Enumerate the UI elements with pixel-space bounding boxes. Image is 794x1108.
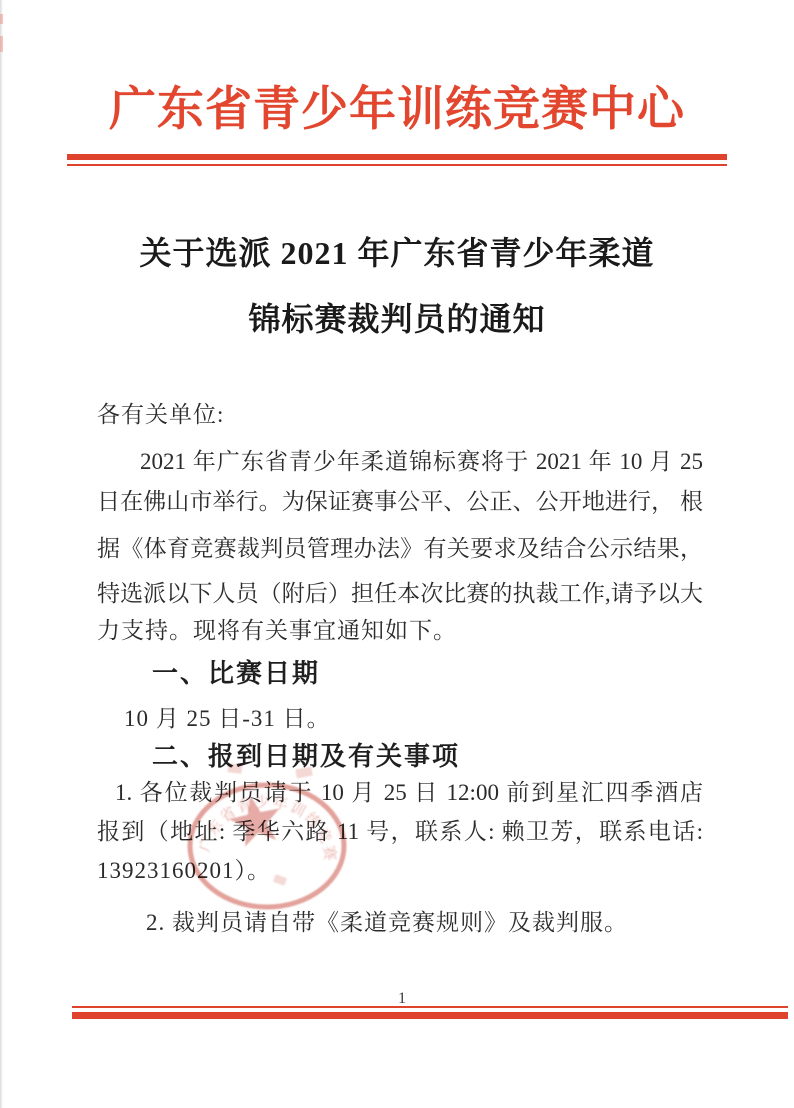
- page-number: 1: [394, 990, 410, 1008]
- body-line: 1. 各位裁判员请于 10 月 25 日 12:00 前到星汇四季酒店: [115, 778, 703, 808]
- scan-edge-artifact: [0, 0, 3, 1108]
- letterhead-rule: [67, 154, 727, 166]
- body-line: 特选派以下人员（附后）担任本次比赛的执裁工作,请予以大: [97, 579, 703, 609]
- section-heading-1: 一、比赛日期: [152, 658, 758, 688]
- scan-edge-mark: [0, 14, 3, 24]
- section-heading-2: 二、报到日期及有关事项: [152, 741, 758, 771]
- body-line: 日在佛山市举行。为保证赛事公平、公正、公开地进行， 根: [97, 487, 703, 517]
- body-line: 据《体育竞赛裁判员管理办法》有关要求及结合公示结果，: [97, 534, 703, 564]
- footer-rule-thick: [72, 1012, 788, 1019]
- letterhead-org-name: 广东省青少年训练竞赛中心: [0, 72, 794, 139]
- notice-title-line1: 关于选派 2021 年广东省青少年柔道: [0, 228, 794, 274]
- body-line: 13923160201）。: [97, 856, 703, 886]
- body-line: 报到（地址: 季华六路 11 号，联系人: 赖卫芳，联系电话:: [97, 817, 703, 847]
- body-line: 10 月 25 日-31 日。: [124, 704, 730, 734]
- document-page: 广东省青少年训练竞赛中心 关于选派 2021 年广东省青少年柔道 锦标赛裁判员的…: [0, 0, 794, 1108]
- seal-arc-text: 广东省青少年训练竞赛中心: [176, 756, 339, 863]
- scan-edge-mark: [0, 36, 3, 52]
- letterhead-rule-thin: [67, 164, 727, 166]
- body-salutation: 各有关单位:: [97, 400, 703, 430]
- footer-rule: [72, 1006, 788, 1019]
- body-line: 力支持。现将有关事宜通知如下。: [97, 616, 703, 646]
- body-line: 2021 年广东省青少年柔道锦标赛将于 2021 年 10 月 25: [140, 447, 703, 477]
- body-line: 2. 裁判员请自带《柔道竞赛规则》及裁判服。: [146, 908, 752, 938]
- notice-title-line2: 锦标赛裁判员的通知: [0, 294, 794, 340]
